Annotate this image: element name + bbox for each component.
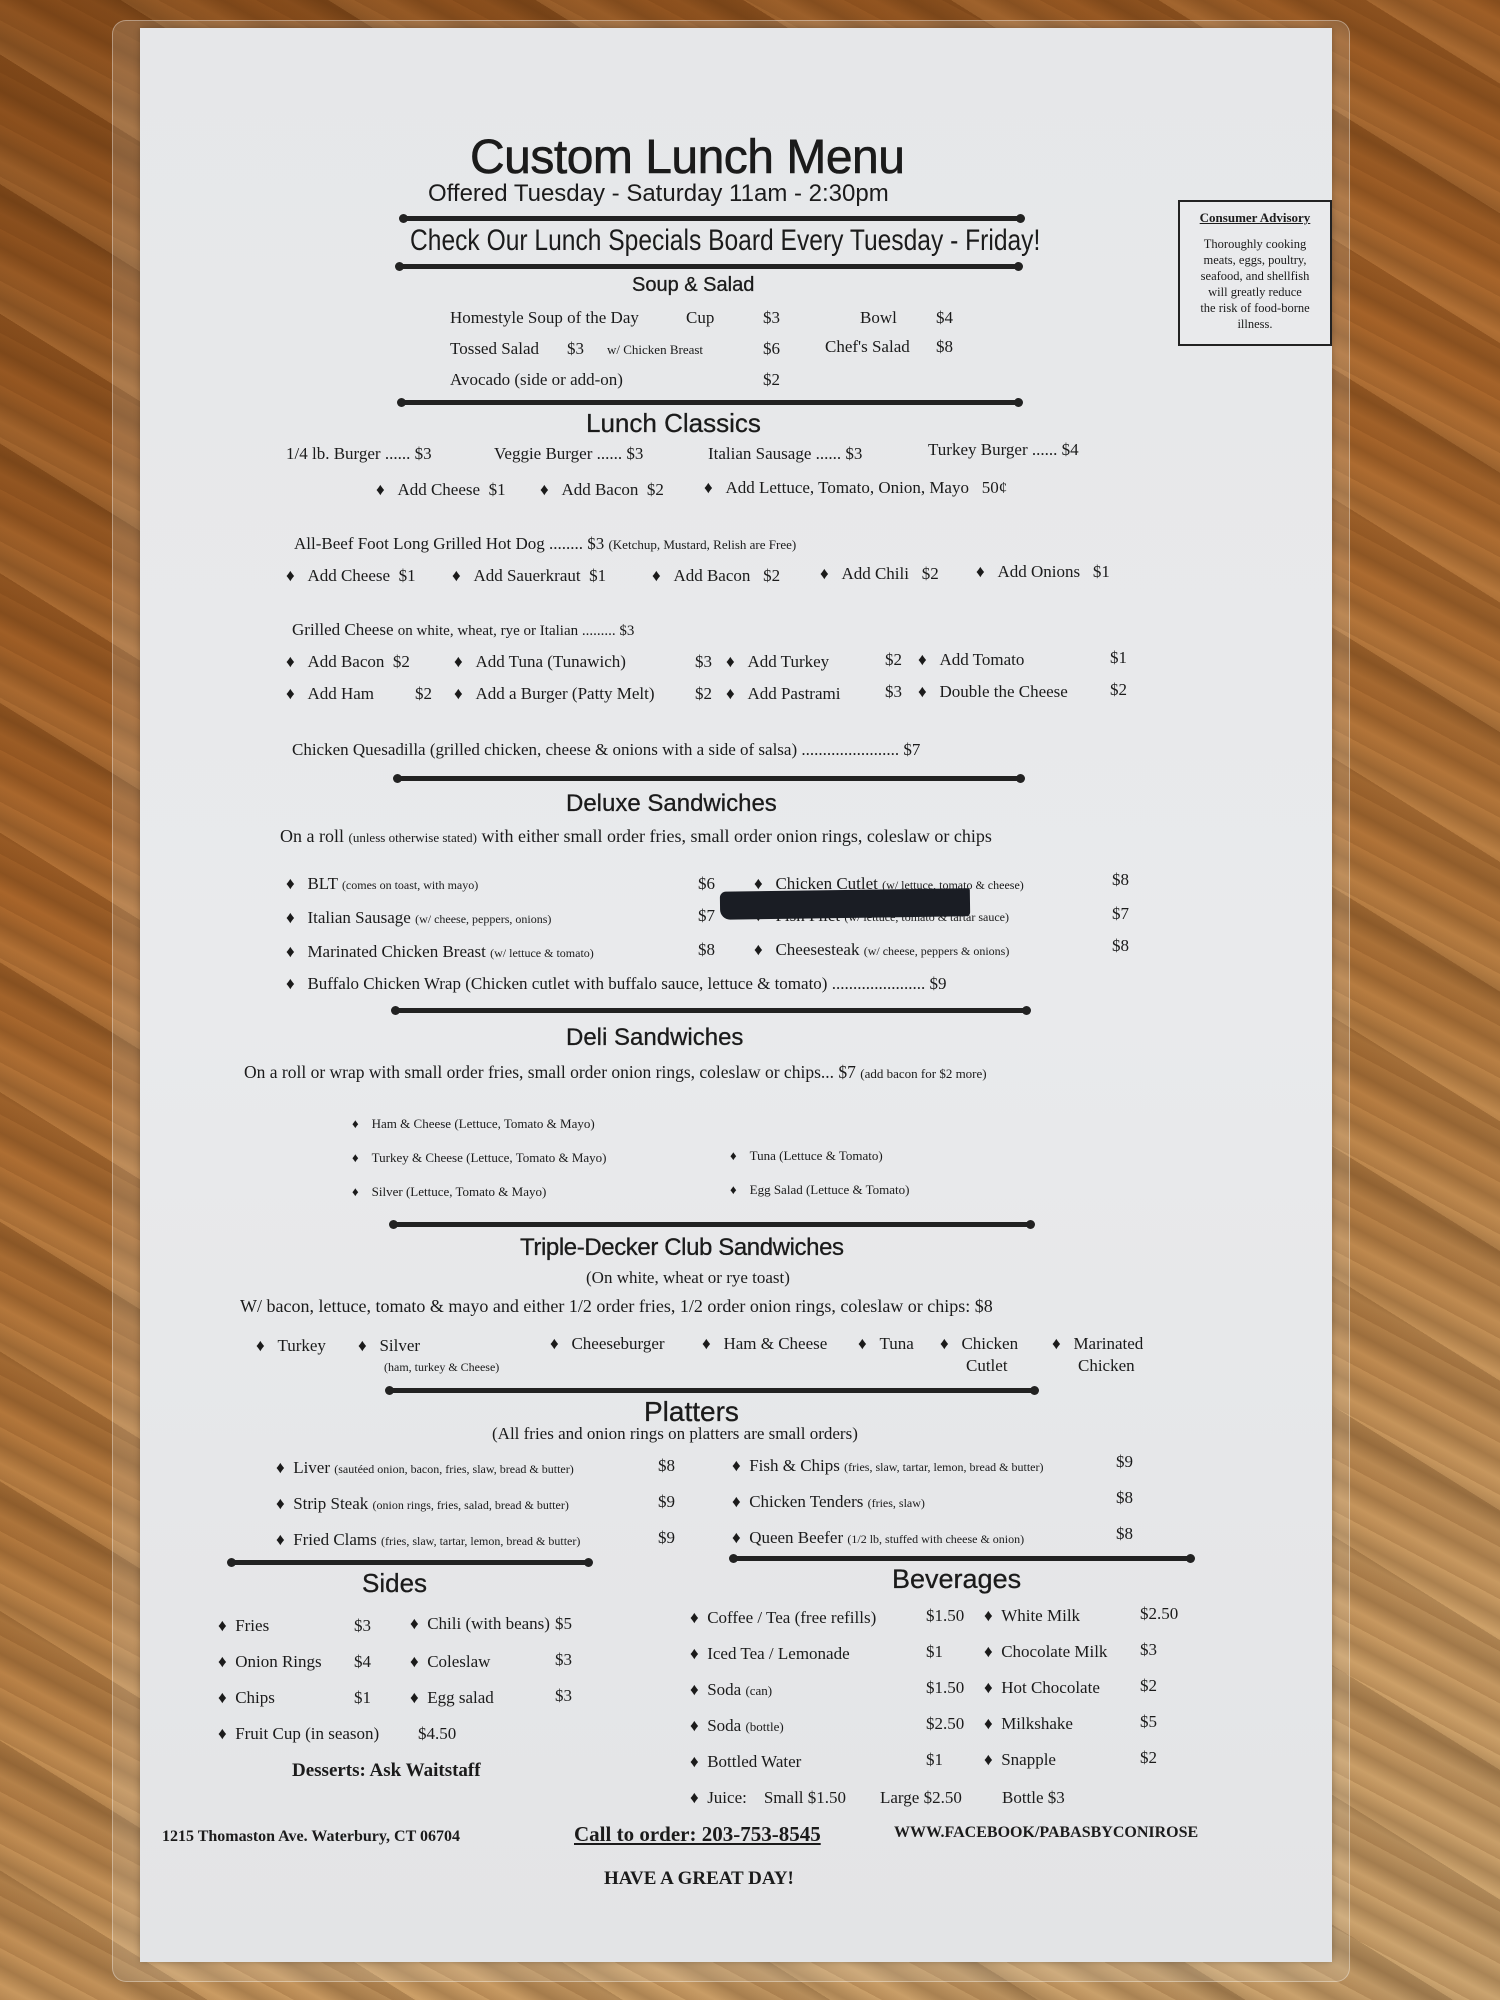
bev-price-soda-can: $1.50 — [926, 1678, 964, 1698]
club-item-turkey: ♦ Turkey — [256, 1336, 326, 1356]
cup-label: Cup — [686, 308, 714, 328]
chefs-salad-price: $8 — [936, 337, 953, 357]
bev-item-juice: ♦ Juice: Small $1.50 — [690, 1788, 846, 1808]
platter-item-fish-chips: ♦ Fish & Chips (fries, slaw, tartar, lem… — [732, 1456, 1043, 1476]
bev-item-soda-can: ♦ Soda (can) — [690, 1680, 772, 1700]
side-item-fruit-cup: ♦ Fruit Cup (in season) — [218, 1724, 379, 1744]
platter-price-queen-beefer: $8 — [1116, 1524, 1133, 1544]
side-item-egg-salad: ♦ Egg salad — [410, 1688, 494, 1708]
platter-item-liver: ♦ Liver (sautéed onion, bacon, fries, sl… — [276, 1458, 574, 1478]
hotdog-addon-onions: ♦ Add Onions $1 — [976, 562, 1110, 582]
club-item-chicken-cutlet-2: Cutlet — [966, 1356, 1008, 1376]
bev-item-hot-chocolate: ♦ Hot Chocolate — [984, 1678, 1100, 1698]
club-item-marinated-chicken: ♦ Marinated — [1052, 1334, 1143, 1354]
redacted-marker-strike — [720, 888, 970, 919]
side-price-chips: $1 — [354, 1688, 371, 1708]
hotdog-addon-cheese: ♦ Add Cheese $1 — [286, 566, 416, 586]
consumer-advisory-box: Consumer Advisory Thoroughly cooking mea… — [1178, 200, 1332, 346]
divider — [396, 776, 1022, 781]
grilled-addon-double-cheese: ♦ Double the Cheese — [918, 682, 1068, 702]
bev-item-white-milk: ♦ White Milk — [984, 1606, 1080, 1626]
grilled-addon-burger-price: $2 — [695, 684, 712, 704]
footer-phone-link[interactable]: Call to order: 203-753-8545 — [574, 1822, 821, 1847]
avocado-label: Avocado (side or add-on) — [450, 370, 623, 390]
side-item-chili: ♦ Chili (with beans) — [410, 1614, 550, 1634]
club-item-ham-cheese: ♦ Ham & Cheese — [702, 1334, 827, 1354]
divider — [402, 216, 1022, 221]
page-title: Custom Lunch Menu — [470, 130, 904, 185]
soup-label: Homestyle Soup of the Day — [450, 308, 639, 328]
platters-note: (All fries and onion rings on platters a… — [492, 1424, 858, 1444]
menu-item-hotdog: All-Beef Foot Long Grilled Hot Dog .....… — [294, 534, 796, 554]
side-item-chips: ♦ Chips — [218, 1688, 275, 1708]
chicken-breast-label: w/ Chicken Breast — [607, 342, 703, 358]
deluxe-item-buffalo-wrap: ♦ Buffalo Chicken Wrap (Chicken cutlet w… — [286, 974, 946, 994]
platter-price-liver: $8 — [658, 1456, 675, 1476]
section-title-club: Triple-Decker Club Sandwiches — [520, 1234, 844, 1262]
footer-farewell: HAVE A GREAT DAY! — [604, 1868, 794, 1890]
chefs-salad-label: Chef's Salad — [825, 337, 910, 357]
bev-item-chocolate-milk: ♦ Chocolate Milk — [984, 1642, 1107, 1662]
deluxe-item-italian-sausage: ♦ Italian Sausage (w/ cheese, peppers, o… — [286, 908, 551, 928]
club-intro: W/ bacon, lettuce, tomato & mayo and eit… — [240, 1296, 993, 1317]
deluxe-price-italian-sausage: $7 — [698, 906, 715, 926]
side-price-coleslaw: $3 — [555, 1650, 572, 1670]
hotdog-addon-bacon: ♦ Add Bacon $2 — [652, 566, 780, 586]
menu-item-italian-sausage: Italian Sausage ...... $3 — [708, 444, 862, 464]
avocado-price: $2 — [763, 370, 780, 390]
deluxe-price-chicken-cutlet: $8 — [1112, 870, 1129, 890]
menu-page: Custom Lunch Menu Offered Tuesday - Satu… — [140, 28, 1332, 1962]
deli-item-egg-salad: ♦ Egg Salad (Lettuce & Tomato) — [730, 1182, 910, 1198]
bev-juice-large: Large $2.50 — [880, 1788, 962, 1808]
side-price-onion-rings: $4 — [354, 1652, 371, 1672]
divider — [388, 1388, 1036, 1393]
addon-bacon: ♦ Add Bacon $2 — [540, 480, 664, 500]
bev-juice-bottle: Bottle $3 — [1002, 1788, 1065, 1808]
platter-price-fish-chips: $9 — [1116, 1452, 1133, 1472]
side-price-fries: $3 — [354, 1616, 371, 1636]
deluxe-intro: On a roll (unless otherwise stated) with… — [280, 826, 992, 847]
bev-price-bottled-water: $1 — [926, 1750, 943, 1770]
club-item-cheeseburger: ♦ Cheeseburger — [550, 1334, 665, 1354]
advisory-title: Consumer Advisory — [1180, 210, 1330, 226]
platter-price-fried-clams: $9 — [658, 1528, 675, 1548]
deluxe-item-cheesesteak: ♦ Cheesesteak (w/ cheese, peppers & onio… — [754, 940, 1009, 960]
section-title-sides: Sides — [362, 1568, 427, 1599]
deli-intro: On a roll or wrap with small order fries… — [244, 1062, 987, 1083]
bev-item-bottled-water: ♦ Bottled Water — [690, 1752, 801, 1772]
bev-price-white-milk: $2.50 — [1140, 1604, 1178, 1624]
bev-item-coffee-tea: ♦ Coffee / Tea (free refills) — [690, 1608, 876, 1628]
club-item-chicken-cutlet: ♦ Chicken — [940, 1334, 1018, 1354]
section-title-beverages: Beverages — [892, 1564, 1021, 1595]
side-item-onion-rings: ♦ Onion Rings — [218, 1652, 322, 1672]
side-price-chili: $5 — [555, 1614, 572, 1634]
hours-subtitle: Offered Tuesday - Saturday 11am - 2:30pm — [428, 180, 889, 208]
platter-item-fried-clams: ♦ Fried Clams (fries, slaw, tartar, lemo… — [276, 1530, 580, 1550]
club-bread: (On white, wheat or rye toast) — [586, 1268, 790, 1288]
side-price-fruit-cup: $4.50 — [418, 1724, 456, 1744]
cup-price: $3 — [763, 308, 780, 328]
section-title-deluxe: Deluxe Sandwiches — [566, 790, 777, 818]
divider — [732, 1556, 1192, 1561]
desserts-note: Desserts: Ask Waitstaff — [292, 1760, 481, 1782]
grilled-addon-tuna: ♦ Add Tuna (Tunawich) — [454, 652, 626, 672]
deluxe-item-marinated-chicken: ♦ Marinated Chicken Breast (w/ lettuce &… — [286, 942, 594, 962]
grilled-addon-pastrami-price: $3 — [885, 682, 902, 702]
side-item-fries: ♦ Fries — [218, 1616, 269, 1636]
hotdog-addon-chili: ♦ Add Chili $2 — [820, 564, 939, 584]
divider — [392, 1222, 1032, 1227]
bev-price-coffee-tea: $1.50 — [926, 1606, 964, 1626]
chicken-breast-price: $6 — [763, 339, 780, 359]
platter-price-strip-steak: $9 — [658, 1492, 675, 1512]
club-item-tuna: ♦ Tuna — [858, 1334, 914, 1354]
addon-cheese: ♦ Add Cheese $1 — [376, 480, 506, 500]
bev-price-snapple: $2 — [1140, 1748, 1157, 1768]
grilled-addon-ham: ♦ Add Ham — [286, 684, 374, 704]
grilled-addon-burger: ♦ Add a Burger (Patty Melt) — [454, 684, 655, 704]
club-item-marinated-chicken-2: Chicken — [1078, 1356, 1135, 1376]
bev-price-iced-tea: $1 — [926, 1642, 943, 1662]
bev-price-soda-bottle: $2.50 — [926, 1714, 964, 1734]
bev-item-soda-bottle: ♦ Soda (bottle) — [690, 1716, 784, 1736]
grilled-addon-tomato-price: $1 — [1110, 648, 1127, 668]
grilled-addon-turkey-price: $2 — [885, 650, 902, 670]
divider — [230, 1560, 590, 1565]
platter-item-queen-beefer: ♦ Queen Beefer (1/2 lb, stuffed with che… — [732, 1528, 1024, 1548]
menu-item-turkey-burger: Turkey Burger ...... $4 — [928, 440, 1079, 460]
platter-item-strip-steak: ♦ Strip Steak (onion rings, fries, salad… — [276, 1494, 569, 1514]
side-price-egg-salad: $3 — [555, 1686, 572, 1706]
section-title-deli: Deli Sandwiches — [566, 1024, 743, 1052]
grilled-addon-double-cheese-price: $2 — [1110, 680, 1127, 700]
specials-banner: Check Our Lunch Specials Board Every Tue… — [410, 224, 1040, 258]
divider — [400, 400, 1020, 405]
menu-item-grilled-cheese: Grilled Cheese on white, wheat, rye or I… — [292, 620, 634, 640]
footer-address: 1215 Thomaston Ave. Waterbury, CT 06704 — [162, 1828, 460, 1846]
addon-lettuce-tomato: ♦ Add Lettuce, Tomato, Onion, Mayo 50¢ — [704, 478, 1007, 498]
grilled-addon-pastrami: ♦ Add Pastrami — [726, 684, 840, 704]
menu-item-burger: 1/4 lb. Burger ...... $3 — [286, 444, 432, 464]
hotdog-addon-sauerkraut: ♦ Add Sauerkraut $1 — [452, 566, 606, 586]
deluxe-price-cheesesteak: $8 — [1112, 936, 1129, 956]
grilled-addon-turkey: ♦ Add Turkey — [726, 652, 829, 672]
deluxe-price-blt: $6 — [698, 874, 715, 894]
side-item-coleslaw: ♦ Coleslaw — [410, 1652, 490, 1672]
club-item-silver-note: (ham, turkey & Cheese) — [384, 1360, 499, 1375]
grilled-addon-ham-price: $2 — [415, 684, 432, 704]
deli-item-tuna: ♦ Tuna (Lettuce & Tomato) — [730, 1148, 883, 1164]
bev-item-milkshake: ♦ Milkshake — [984, 1714, 1073, 1734]
club-item-silver: ♦ Silver — [358, 1336, 420, 1356]
divider — [398, 264, 1020, 269]
deli-item-turkey-cheese: ♦ Turkey & Cheese (Lettuce, Tomato & May… — [352, 1150, 607, 1166]
section-title-lunch-classics: Lunch Classics — [586, 408, 761, 439]
deli-item-ham-cheese: ♦ Ham & Cheese (Lettuce, Tomato & Mayo) — [352, 1116, 595, 1132]
bowl-label: Bowl — [860, 308, 897, 328]
bowl-price: $4 — [936, 308, 953, 328]
section-title-soup-salad: Soup & Salad — [632, 274, 754, 297]
grilled-addon-tuna-price: $3 — [695, 652, 712, 672]
menu-item-quesadilla: Chicken Quesadilla (grilled chicken, che… — [292, 740, 920, 760]
bev-item-iced-tea: ♦ Iced Tea / Lemonade — [690, 1644, 850, 1664]
bev-item-snapple: ♦ Snapple — [984, 1750, 1056, 1770]
bev-price-chocolate-milk: $3 — [1140, 1640, 1157, 1660]
tossed-price: $3 — [567, 339, 584, 359]
footer-facebook-link[interactable]: WWW.FACEBOOK/PABASBYCONIROSE — [894, 1824, 1198, 1842]
advisory-text: Thoroughly cooking meats, eggs, poultry,… — [1180, 236, 1330, 332]
platter-item-chicken-tenders: ♦ Chicken Tenders (fries, slaw) — [732, 1492, 925, 1512]
tossed-label: Tossed Salad — [450, 339, 539, 359]
grilled-addon-bacon: ♦ Add Bacon $2 — [286, 652, 410, 672]
bev-price-milkshake: $5 — [1140, 1712, 1157, 1732]
platter-price-chicken-tenders: $8 — [1116, 1488, 1133, 1508]
deluxe-item-blt: ♦ BLT (comes on toast, with mayo) — [286, 874, 478, 894]
grilled-addon-tomato: ♦ Add Tomato — [918, 650, 1024, 670]
bev-price-hot-chocolate: $2 — [1140, 1676, 1157, 1696]
deli-item-silver: ♦ Silver (Lettuce, Tomato & Mayo) — [352, 1184, 546, 1200]
divider — [394, 1008, 1028, 1013]
deluxe-price-marinated-chicken: $8 — [698, 940, 715, 960]
deluxe-price-fish-filet: $7 — [1112, 904, 1129, 924]
menu-item-veggie-burger: Veggie Burger ...... $3 — [494, 444, 643, 464]
